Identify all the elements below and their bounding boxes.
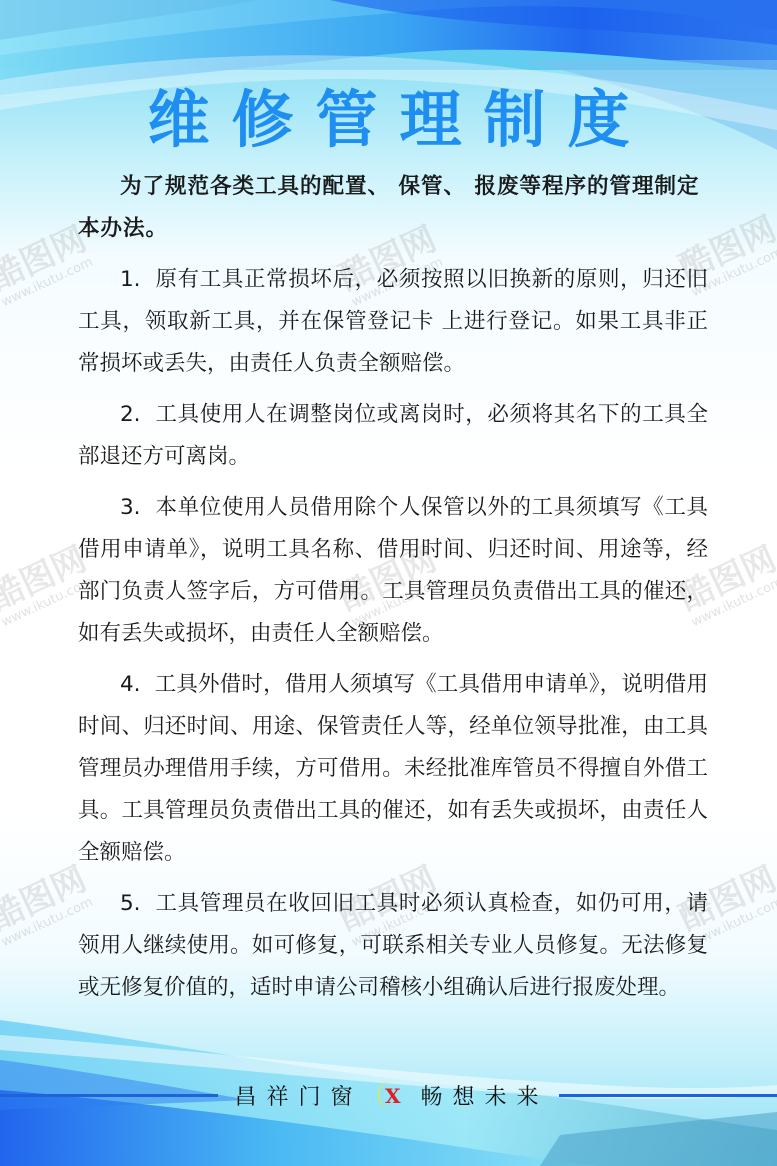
rule-item-2: 2. 工具使用人在调整岗位或离岗时，必须将其名下的工具全部退还方可离岗。: [78, 394, 708, 478]
rule-item-5: 5. 工具管理员在收回旧工具时必须认真检查，如仍可用，请领用人继续使用。如可修复…: [78, 883, 708, 1009]
rule-item-1: 1. 原有工具正常损坏后，必须按照以旧换新的原则，归还旧工具，领取新工具，并在保…: [78, 259, 708, 385]
rule-number: 5.: [120, 891, 141, 916]
rule-text: 本单位使用人员借用除个人保管以外的工具须填写《工具借用申请单》，说明工具名称、借…: [78, 495, 708, 646]
footer-divider-left: [0, 1094, 218, 1097]
crescent-x-logo-icon: X: [373, 1078, 407, 1112]
rule-text: 原有工具正常损坏后，必须按照以旧换新的原则，归还旧工具，领取新工具，并在保管登记…: [78, 267, 708, 376]
rule-item-4: 4. 工具外借时，借用人须填写《工具借用申请单》，说明借用时间、归还时间、用途、…: [78, 664, 708, 874]
rule-text: 工具使用人在调整岗位或离岗时，必须将其名下的工具全部退还方可离岗。: [78, 402, 708, 469]
footer-slogan-left: 昌祥门窗: [218, 1080, 368, 1111]
page-title: 维修管理制度: [0, 82, 777, 158]
rule-text: 工具外借时，借用人须填写《工具借用申请单》，说明借用时间、归还时间、用途、保管责…: [78, 672, 708, 865]
footer-slogan-right: 畅想未来: [411, 1080, 559, 1111]
rule-number: 4.: [120, 672, 141, 697]
rule-number: 1.: [120, 267, 141, 292]
footer-divider-right: [559, 1094, 777, 1097]
intro-paragraph: 为了规范各类工具的配置、 保管、 报废等程序的管理制定本办法。: [78, 166, 708, 250]
footer-slogan-bar: 昌祥门窗 X 畅想未来: [0, 1075, 777, 1115]
svg-text:X: X: [385, 1084, 401, 1108]
rule-text: 工具管理员在收回旧工具时必须认真检查，如仍可用，请领用人继续使用。如可修复，可联…: [78, 891, 708, 1000]
rule-number: 2.: [120, 402, 141, 427]
document-body: 为了规范各类工具的配置、 保管、 报废等程序的管理制定本办法。 1. 原有工具正…: [78, 166, 708, 1018]
rule-number: 3.: [120, 495, 141, 520]
rule-item-3: 3. 本单位使用人员借用除个人保管以外的工具须填写《工具借用申请单》，说明工具名…: [78, 487, 708, 655]
